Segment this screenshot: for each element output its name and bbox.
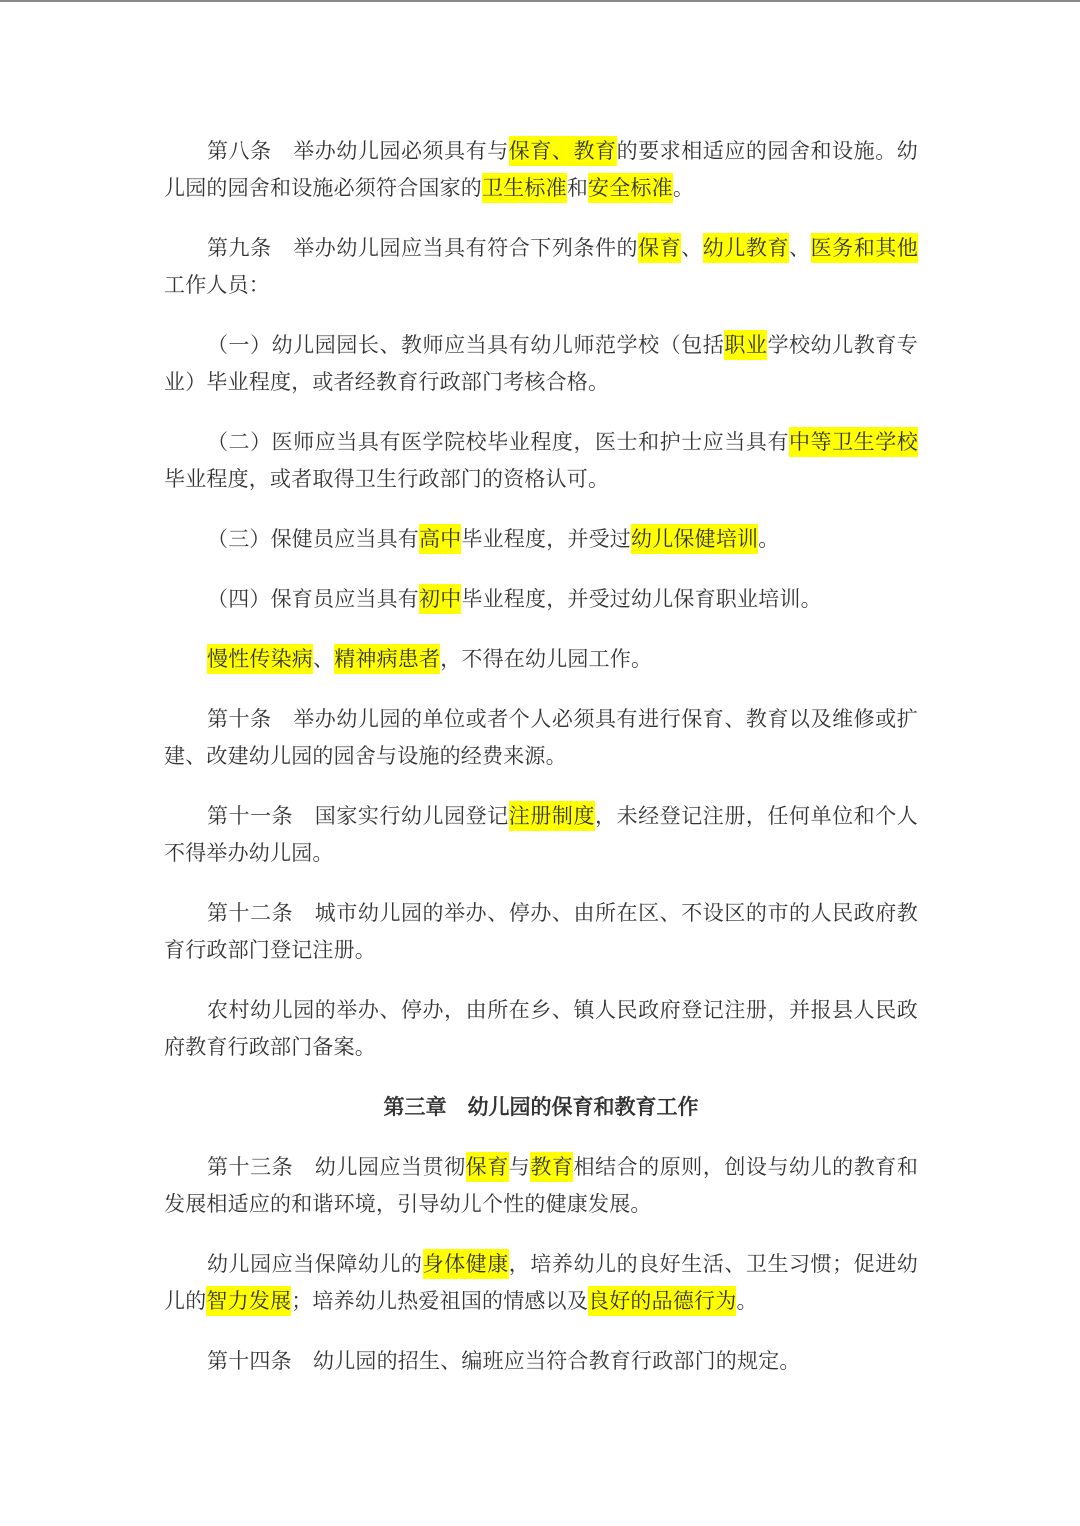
highlighted-text: 医务和其他 [811, 233, 918, 263]
paragraph-text: 、 [313, 647, 334, 671]
highlighted-text: 精神病患者 [334, 644, 440, 674]
paragraph-text: （三）保健员应当具有 [207, 527, 419, 551]
highlighted-text: 保育、教育 [509, 136, 617, 166]
highlighted-text: 中等卫生学校 [789, 427, 918, 457]
paragraph-text: （二）医师应当具有医学院校毕业程度，医士和护士应当具有 [207, 430, 789, 454]
highlighted-text: 身体健康 [423, 1249, 509, 1279]
highlighted-text: 幼儿保健培训 [631, 524, 758, 554]
paragraph-text: 毕业程度，或者取得卫生行政部门的资格认可。 [164, 467, 609, 491]
highlighted-text: 安全标准 [588, 173, 673, 203]
paragraph-text: （四）保育员应当具有 [207, 587, 419, 611]
document-page: 第八条 举办幼儿园必须具有与保育、教育的要求相适应的园舍和设施。幼儿园的园舍和设… [164, 133, 918, 1403]
highlighted-text: 教育 [530, 1152, 573, 1182]
paragraph-text: 第十二条 城市幼儿园的举办、停办、由所在区、不设区的市的人民政府教育行政部门登记… [164, 901, 918, 962]
paragraph-art10: 第十条 举办幼儿园的单位或者个人必须具有进行保育、教育以及维修或扩建、改建幼儿园… [164, 701, 918, 775]
highlighted-text: 良好的品德行为 [588, 1286, 736, 1316]
paragraph-text: 第八条 举办幼儿园必须具有与 [207, 139, 509, 163]
paragraph-art9-2: （二）医师应当具有医学院校毕业程度，医士和护士应当具有中等卫生学校毕业程度，或者… [164, 424, 918, 498]
paragraph-text: 幼儿园应当保障幼儿的 [207, 1252, 423, 1276]
highlighted-text: 职业 [724, 330, 767, 360]
paragraph-text: 第十条 举办幼儿园的单位或者个人必须具有进行保育、教育以及维修或扩建、改建幼儿园… [164, 707, 918, 768]
paragraph-text: 农村幼儿园的举办、停办，由所在乡、镇人民政府登记注册，并报县人民政府教育行政部门… [164, 998, 918, 1059]
paragraph-art9: 第九条 举办幼儿园应当具有符合下列条件的保育、幼儿教育、医务和其他工作人员： [164, 230, 918, 304]
paragraph-text: 。 [736, 1289, 757, 1313]
paragraph-text: 与 [509, 1155, 531, 1179]
articles-section-after: 第十三条 幼儿园应当贯彻保育与教育相结合的原则，创设与幼儿的教育和发展相适应的和… [164, 1149, 918, 1380]
paragraph-art12: 第十二条 城市幼儿园的举办、停办、由所在区、不设区的市的人民政府教育行政部门登记… [164, 895, 918, 969]
paragraph-art14: 第十四条 幼儿园的招生、编班应当符合教育行政部门的规定。 [164, 1343, 918, 1380]
paragraph-text: 第十三条 幼儿园应当贯彻 [207, 1155, 466, 1179]
chapter-heading: 第三章 幼儿园的保育和教育工作 [164, 1089, 918, 1126]
paragraph-text: 第十四条 幼儿园的招生、编班应当符合教育行政部门的规定。 [207, 1349, 801, 1373]
paragraph-text: 、 [789, 236, 811, 260]
paragraph-text: 工作人员： [164, 273, 270, 297]
top-border-line [0, 0, 1080, 2]
highlighted-text: 卫生标准 [482, 173, 567, 203]
highlighted-text: 注册制度 [509, 801, 595, 831]
highlighted-text: 初中 [419, 584, 461, 614]
paragraph-text: 第十一条 国家实行幼儿园登记 [207, 804, 509, 828]
paragraph-art9-3: （三）保健员应当具有高中毕业程度，并受过幼儿保健培训。 [164, 521, 918, 558]
highlighted-text: 慢性传染病 [207, 644, 313, 674]
highlighted-text: 保育 [466, 1152, 509, 1182]
highlighted-text: 智力发展 [206, 1286, 291, 1316]
paragraph-text: 和 [567, 176, 588, 200]
highlighted-text: 高中 [419, 524, 461, 554]
highlighted-text: 保育 [638, 233, 681, 263]
paragraph-text: ，不得在幼儿园工作。 [440, 647, 652, 671]
paragraph-art13: 第十三条 幼儿园应当贯彻保育与教育相结合的原则，创设与幼儿的教育和发展相适应的和… [164, 1149, 918, 1223]
paragraph-text: 。 [758, 527, 779, 551]
paragraph-art12-2: 农村幼儿园的举办、停办，由所在乡、镇人民政府登记注册，并报县人民政府教育行政部门… [164, 992, 918, 1066]
paragraph-art9-5: 慢性传染病、精神病患者，不得在幼儿园工作。 [164, 641, 918, 678]
highlighted-text: 幼儿教育 [703, 233, 789, 263]
paragraph-text: 、 [681, 236, 703, 260]
articles-section-before: 第八条 举办幼儿园必须具有与保育、教育的要求相适应的园舍和设施。幼儿园的园舍和设… [164, 133, 918, 1066]
paragraph-art9-4: （四）保育员应当具有初中毕业程度，并受过幼儿保育职业培训。 [164, 581, 918, 618]
paragraph-text: 第九条 举办幼儿园应当具有符合下列条件的 [207, 236, 638, 260]
paragraph-text: （一）幼儿园园长、教师应当具有幼儿师范学校（包括 [207, 333, 724, 357]
paragraph-text: 毕业程度，并受过 [461, 527, 631, 551]
paragraph-art13-2: 幼儿园应当保障幼儿的身体健康，培养幼儿的良好生活、卫生习惯；促进幼儿的智力发展；… [164, 1246, 918, 1320]
paragraph-art11: 第十一条 国家实行幼儿园登记注册制度，未经登记注册，任何单位和个人不得举办幼儿园… [164, 798, 918, 872]
paragraph-text: ；培养幼儿热爱祖国的情感以及 [291, 1289, 588, 1313]
paragraph-text: 毕业程度，并受过幼儿保育职业培训。 [461, 587, 821, 611]
paragraph-art9-1: （一）幼儿园园长、教师应当具有幼儿师范学校（包括职业学校幼儿教育专业）毕业程度，… [164, 327, 918, 401]
paragraph-text: 。 [673, 176, 694, 200]
paragraph-art8: 第八条 举办幼儿园必须具有与保育、教育的要求相适应的园舍和设施。幼儿园的园舍和设… [164, 133, 918, 207]
